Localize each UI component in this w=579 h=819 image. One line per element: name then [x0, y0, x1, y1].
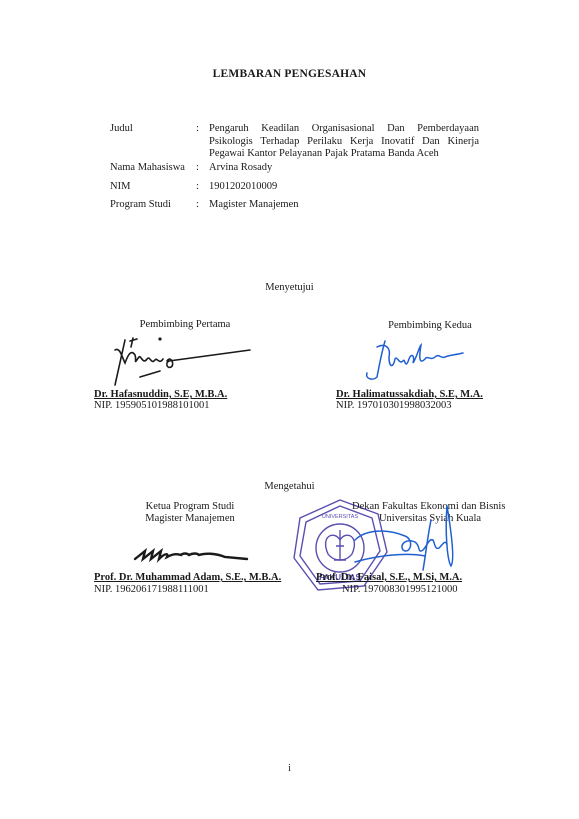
official-1-role-line1: Ketua Program Studi: [120, 501, 260, 512]
info-colon: :: [196, 199, 199, 210]
info-label-judul: Judul: [110, 123, 133, 134]
official-2-nip: NIP. 197008301995121000: [342, 584, 458, 595]
page-title: LEMBARAN PENGESAHAN: [0, 68, 579, 80]
supervisor-2-nip: NIP. 197010301998032003: [336, 400, 452, 411]
supervisor-2-name: Dr. Halimatussakdiah, S.E, M.A.: [336, 389, 483, 400]
supervisor-1-nip: NIP. 195905101988101001: [94, 400, 210, 411]
signature-supervisor-1: [95, 335, 265, 390]
official-2-name: Prof. Dr. Faisal, S.E., M.Si, M.A.: [316, 572, 462, 583]
info-colon: :: [196, 181, 199, 192]
info-label-prodi: Program Studi: [110, 199, 171, 210]
info-colon: :: [196, 162, 199, 173]
signature-official-1: [125, 545, 255, 565]
info-value-judul: Pengaruh Keadilan Organisasional Dan Pem…: [209, 123, 479, 161]
info-label-nim: NIM: [110, 181, 130, 192]
acknowledge-heading: Mengetahui: [0, 481, 579, 492]
info-colon: :: [196, 123, 199, 134]
supervisor-2-role: Pembimbing Kedua: [365, 320, 495, 331]
info-value-nama: Arvina Rosady: [209, 162, 479, 175]
signature-supervisor-2: [355, 337, 485, 385]
page-number: i: [0, 763, 579, 774]
official-1-role-line2: Magister Manajemen: [120, 513, 260, 524]
approval-heading: Menyetujui: [0, 282, 579, 293]
supervisor-1-name: Dr. Hafasnuddin, S.E, M.B.A.: [94, 389, 227, 400]
official-1-nip: NIP. 196206171988111001: [94, 584, 209, 595]
info-value-prodi: Magister Manajemen: [209, 199, 479, 212]
official-1-name: Prof. Dr. Muhammad Adam, S.E., M.B.A.: [94, 572, 281, 583]
info-label-nama: Nama Mahasiswa: [110, 162, 185, 173]
supervisor-1-role: Pembimbing Pertama: [120, 319, 250, 330]
info-value-nim: 1901202010009: [209, 181, 479, 194]
signature-official-2: [355, 500, 485, 575]
